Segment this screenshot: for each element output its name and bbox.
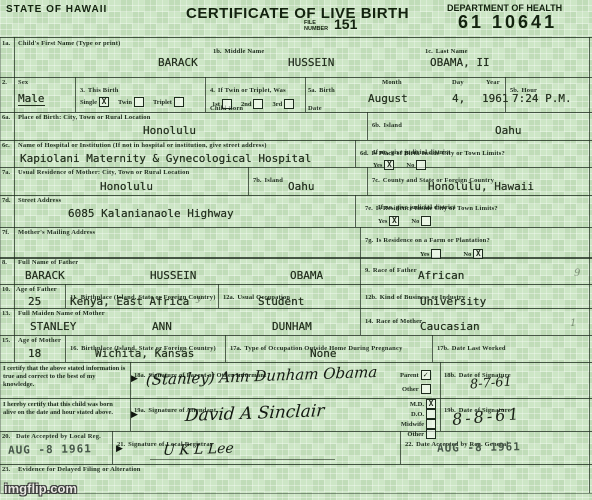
mother-birthplace-value: Wichita, Kansas xyxy=(95,347,194,360)
pencil-mark: 9 xyxy=(574,268,580,279)
day-label: Day xyxy=(452,79,464,86)
street-address-label: Street Address xyxy=(18,197,61,204)
field-number: 22. xyxy=(405,441,413,448)
grid-line xyxy=(0,140,592,141)
field-number: 13. xyxy=(2,310,10,317)
state-title: STATE OF HAWAII xyxy=(6,4,107,15)
field-number: 17b. xyxy=(437,345,449,352)
first-born-checkbox xyxy=(222,99,232,109)
field-number: 15. xyxy=(2,337,10,344)
certificate-number: 61 10641 xyxy=(458,12,557,33)
child-first-name-label: Child's First Name (Type or print) xyxy=(18,40,120,47)
grid-line xyxy=(355,140,356,167)
child-middle-name-label: Middle Name xyxy=(225,48,265,55)
month-label: Month xyxy=(382,79,402,86)
imgflip-watermark: imgflip.com xyxy=(4,481,77,496)
informant-date-value: 8-7-61 xyxy=(470,375,513,393)
field-number: 23. xyxy=(2,466,10,473)
grid-line xyxy=(65,284,66,308)
father-race-value: African xyxy=(418,269,464,282)
field-number: 7d. xyxy=(2,197,11,204)
grid-line xyxy=(367,167,368,195)
field-number: 7e. xyxy=(365,205,373,212)
island-value: Oahu xyxy=(495,124,522,137)
grid-line xyxy=(0,335,592,336)
field-number: 6d. xyxy=(360,150,369,157)
other-informant-label: Other xyxy=(402,386,419,393)
field-number: 16. xyxy=(70,345,78,352)
father-last-value: OBAMA xyxy=(290,269,323,282)
child-last-name-value: OBAMA, II xyxy=(430,56,490,69)
grid-line xyxy=(65,335,66,362)
field-number: 1c. xyxy=(425,48,433,55)
grid-line xyxy=(0,308,592,309)
father-name-label: Full Name of Father xyxy=(18,259,78,266)
single-checkbox: X xyxy=(99,97,109,107)
mother-race-label: Race of Mother xyxy=(376,318,422,325)
field-number: 1a. xyxy=(2,40,10,47)
grid-line xyxy=(360,227,361,257)
do-option-label: D.O. xyxy=(398,411,424,418)
farm-no-checkbox: X xyxy=(473,249,483,259)
field-number: 2. xyxy=(2,79,7,86)
field-number: 6b. xyxy=(372,122,381,129)
grid-line xyxy=(0,227,592,228)
grid-line xyxy=(205,77,206,112)
do-checkbox xyxy=(426,409,436,419)
pencil-mark: 1 xyxy=(570,318,576,329)
md-checkbox: X xyxy=(426,399,436,409)
residence-city-value: Honolulu xyxy=(100,180,153,193)
field-number: 6a. xyxy=(2,114,10,121)
grid-line xyxy=(248,167,249,195)
mother-last-value: DUNHAM xyxy=(272,320,312,333)
birth-limits-no-label: No xyxy=(406,162,414,169)
grid-line xyxy=(360,257,361,284)
residence-limits-yes-label: Yes xyxy=(378,218,387,225)
father-age-value: 25 xyxy=(28,295,41,308)
second-born-checkbox xyxy=(253,99,263,109)
grid-line xyxy=(14,37,15,362)
grid-line xyxy=(0,37,1,493)
local-reg-date-label: Date Accepted by Local Reg. xyxy=(16,433,101,440)
field-number: 7b. xyxy=(253,177,262,184)
triplet-checkbox xyxy=(174,97,184,107)
grid-line xyxy=(112,431,113,464)
mother-occupation-value: None xyxy=(310,347,337,360)
grid-line xyxy=(0,195,592,196)
farm-yes-checkbox xyxy=(431,249,441,259)
date-last-worked-label: Date Last Worked xyxy=(452,345,506,352)
arrow-icon: ▶ xyxy=(131,409,138,420)
attendant-statement: I hereby certify that this child was bor… xyxy=(3,401,127,417)
grid-line xyxy=(0,362,592,363)
father-industry-value: University xyxy=(420,295,486,308)
field-number: 10. xyxy=(2,286,10,293)
residence-limits-no-checkbox xyxy=(421,216,431,226)
twin-option-label: Twin xyxy=(118,99,132,106)
grid-line xyxy=(440,362,441,431)
mother-name-label: Full Maiden Name of Mother xyxy=(18,310,105,317)
field-number: 9. xyxy=(365,267,370,274)
local-reg-date-stamp: AUG -8 1961 xyxy=(8,442,92,456)
field-number: 7g. xyxy=(365,237,373,244)
father-race-label: Race of Father xyxy=(373,267,417,274)
md-option-label: M.D. xyxy=(398,401,424,408)
twin-checkbox xyxy=(134,97,144,107)
father-middle-value: HUSSEIN xyxy=(150,269,196,282)
residence-limits-sublabel: If no, give judicial district xyxy=(378,204,455,211)
farm-label: Is Residence on a Farm or Plantation? xyxy=(376,237,490,244)
residence-island-label: Island xyxy=(265,177,284,184)
grid-line xyxy=(0,431,592,432)
midwife-option-label: Midwife xyxy=(398,421,424,428)
grid-line xyxy=(0,493,592,494)
grid-line xyxy=(75,77,76,112)
father-occupation-value: Student xyxy=(258,295,304,308)
year-label: Year xyxy=(486,79,500,86)
grid-line xyxy=(305,77,306,112)
birth-certificate-document: STATE OF HAWAII CERTIFICATE OF LIVE BIRT… xyxy=(0,0,592,500)
residence-limits-yes-checkbox: X xyxy=(389,216,399,226)
reg-general-date-stamp: AUG -8 1961 xyxy=(437,440,521,454)
birth-year-value: 1961 xyxy=(482,92,509,105)
farm-no-label: No xyxy=(463,251,471,258)
single-option-label: Single xyxy=(80,99,97,106)
birth-month-value: August xyxy=(368,92,408,105)
grid-line xyxy=(589,37,590,493)
residence-island-value: Oahu xyxy=(288,180,315,193)
field-number: 6c. xyxy=(2,142,10,149)
parent-option-label: Parent xyxy=(400,372,419,379)
pencil-mark: y xyxy=(196,293,202,304)
field-number: 7f. xyxy=(2,229,9,236)
father-first-value: BARACK xyxy=(25,269,65,282)
mother-first-value: STANLEY xyxy=(30,320,76,333)
residence-limits-no-label: No xyxy=(411,218,419,225)
place-of-birth-value: Honolulu xyxy=(143,124,196,137)
field-number: 5a. xyxy=(308,87,316,94)
grid-line xyxy=(0,77,592,78)
father-age-label: Age of Father xyxy=(16,286,57,293)
hour-value: 7:24 P.M. xyxy=(512,92,572,105)
island-label: Island xyxy=(384,122,403,129)
sex-value: Male xyxy=(18,92,45,106)
field-number: 8. xyxy=(2,259,7,266)
mother-middle-value: ANN xyxy=(152,320,172,333)
other-informant-checkbox xyxy=(421,384,431,394)
child-first-name-value: BARACK xyxy=(158,56,198,69)
informant-statement: I certify that the above stated informat… xyxy=(3,365,127,389)
grid-line xyxy=(225,335,226,362)
field-number: 18b. xyxy=(444,372,456,379)
street-address-value: 6085 Kalanianaole Highway xyxy=(68,207,234,220)
birth-limits-sublabel: If no, give judicial district xyxy=(373,149,450,156)
parent-checkbox: ✓ xyxy=(421,370,431,380)
field-number: 17a. xyxy=(230,345,241,352)
birth-day-value: 4, xyxy=(452,92,465,105)
mailing-address-label: Mother's Mailing Address xyxy=(18,229,95,236)
file-number-value: 151 xyxy=(334,16,357,32)
delayed-filing-label: Evidence for Delayed Filing or Alteratio… xyxy=(18,466,141,473)
field-number: 20. xyxy=(2,433,10,440)
field-number: 12a. xyxy=(223,294,234,301)
arrow-icon: ▶ xyxy=(131,373,138,384)
child-last-name-label: Last Name xyxy=(436,48,468,55)
third-born-checkbox xyxy=(284,99,294,109)
grid-line xyxy=(0,167,592,168)
grid-line xyxy=(218,284,219,308)
field-number: 7a. xyxy=(2,169,10,176)
mother-race-value: Caucasian xyxy=(420,320,480,333)
field-number: 4. xyxy=(210,87,215,94)
signature-line xyxy=(150,459,335,460)
grid-line xyxy=(432,335,433,362)
grid-line xyxy=(0,284,592,285)
field-number: 7c. xyxy=(372,177,380,184)
grid-line xyxy=(360,284,361,308)
document-title: CERTIFICATE OF LIVE BIRTH xyxy=(186,5,409,22)
place-of-birth-label: Place of Birth: City, Town or Rural Loca… xyxy=(18,114,151,121)
second-born-label: 2nd xyxy=(241,101,251,108)
grid-line xyxy=(0,464,592,465)
arrow-icon: ▶ xyxy=(116,443,123,454)
field-number: 12b. xyxy=(365,294,377,301)
residence-label: Usual Residence of Mother: City, Town or… xyxy=(18,169,189,176)
farm-yes-label: Yes xyxy=(420,251,429,258)
first-born-label: 1st xyxy=(212,101,220,108)
sex-label: Sex xyxy=(18,79,28,86)
midwife-checkbox xyxy=(426,419,436,429)
file-number-label: FILE NUMBER xyxy=(304,20,328,32)
attendant-signature: David A Sinclair xyxy=(184,401,325,426)
child-middle-name-value: HUSSEIN xyxy=(288,56,334,69)
grid-line xyxy=(367,112,368,140)
grid-line xyxy=(0,257,592,259)
triplet-option-label: Triplet xyxy=(153,99,172,106)
local-registrar-signature: U K L Lee xyxy=(162,441,234,460)
grid-line xyxy=(0,37,592,38)
hospital-value: Kapiolani Maternity & Gynecological Hosp… xyxy=(20,152,311,165)
birth-limits-yes-label: Yes xyxy=(373,162,382,169)
father-birthplace-value: Kenya, East Africa xyxy=(70,295,189,308)
hospital-label: Name of Hospital or Institution (If not … xyxy=(18,142,267,149)
mother-age-label: Age of Mother xyxy=(18,337,61,344)
field-number: 1b. xyxy=(213,48,222,55)
grid-line xyxy=(360,308,361,335)
third-born-label: 3rd xyxy=(272,101,282,108)
grid-line xyxy=(355,195,356,227)
field-number: 14. xyxy=(365,318,373,325)
mother-age-value: 18 xyxy=(28,347,41,360)
county-value: Honolulu, Hawaii xyxy=(428,180,534,193)
